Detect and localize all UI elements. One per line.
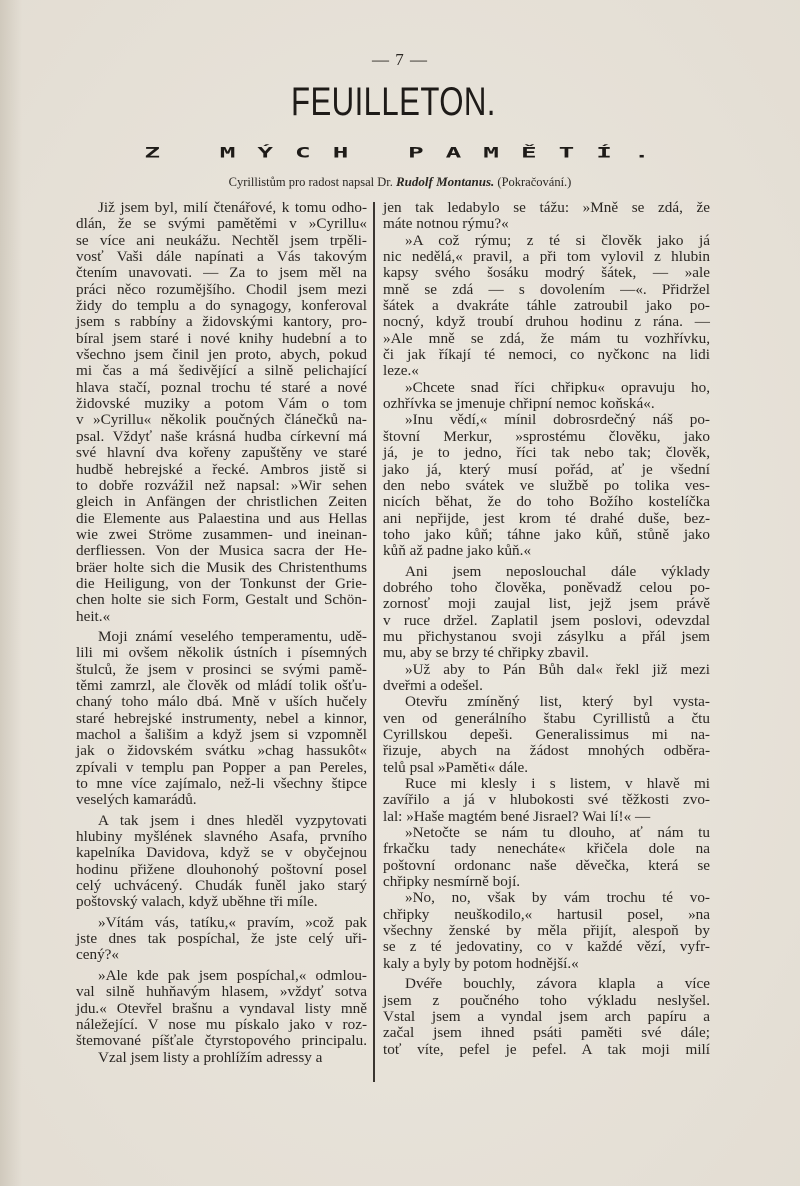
text-line: ozhřívka se jmenuje chřipní nemoc koňská… [383, 396, 710, 412]
text-line: či jak říkají té nemoci, co nyčkonc na l… [383, 347, 710, 363]
text-line: celý uchvácený. Chudák funěl jako starý [76, 878, 367, 894]
text-line: chen holte sie sich Form, Gestalt und Sc… [76, 592, 367, 608]
text-line: heit.« [76, 609, 367, 625]
text-line: chřipky neuškodilo,« hartusil posel, »na [383, 907, 710, 923]
text-line: zornosť moji zaujal list, jejž jsem práv… [383, 596, 710, 612]
text-line: Cyrillskou depeši. Generalissimus mi na- [383, 727, 710, 743]
text-line: die Elemente aus Palaestina und aus Hell… [76, 511, 367, 527]
text-line: těmi zamrzl, ale člověk od mládí tolik o… [76, 678, 367, 694]
text-line: jdu.« Otevřel brašnu a vyndaval listy mn… [76, 1001, 367, 1017]
text-line: Již jsem byl, milí čtenářové, k tomu odh… [76, 200, 367, 216]
text-line: »No, no, však by vám trochu té vo- [383, 890, 710, 906]
text-line: čtením unavovati. — Za to jsem měl na [76, 265, 367, 281]
text-line: vosť Vaši dále napínati a Vás takovým [76, 249, 367, 265]
text-line: »Inu vědí,« mínil dobrosrdečný náš po- [383, 412, 710, 428]
text-line: val silně huhňavým hlasem, »vždyť sotva [76, 984, 367, 1000]
text-line: já, je to jedno, říci tak nebo tak; člov… [383, 445, 710, 461]
page-number: — 7 — [0, 50, 800, 70]
text-line: začal jsem ihned psáti paměti své dále; [383, 1025, 710, 1041]
text-line: jsem z poučného toho výkladu neslyšel. [383, 993, 710, 1009]
byline: Cyrillistům pro radost napsal Dr. Rudolf… [0, 174, 800, 190]
text-line: »Už aby to Pán Bůh dal« řekl již mezi [383, 662, 710, 678]
text-line: šátek a dvakráte táhle zatroubil jako po… [383, 298, 710, 314]
text-line: »Ale mně se zdá, že mám tu vozhřívku, [383, 331, 710, 347]
text-line: Ruce mi klesly i s listem, v hlavě mi [383, 776, 710, 792]
text-line: poštovní ordonanc naše děvečka, která se [383, 858, 710, 874]
byline-suffix: (Pokračování.) [497, 175, 571, 189]
text-line: jen tak ledabylo se tážu: »Mně se zdá, ž… [383, 200, 710, 216]
text-line: dobrého toho člověka, poněvadž celou po- [383, 580, 710, 596]
text-line: se více ani neukážu. Nechtěl jsem trpěli… [76, 233, 367, 249]
text-line: nocný, když troubí druhou hodinu z rána.… [383, 314, 710, 330]
text-line: poštovský valach, když uběhne tři míle. [76, 894, 367, 910]
text-line: dveřmi a odešel. [383, 678, 710, 694]
text-line: hlubiny myšlének slavného Asafa, prvního [76, 829, 367, 845]
text-line: se z té jedovatiny, co v každé vězí, vyf… [383, 939, 710, 955]
text-line: své hlavní dva kořeny zapuštěny ve staré [76, 445, 367, 461]
text-line: »Chcete snad říci chřipku« opravuju ho, [383, 380, 710, 396]
text-line: Dvéře bouchly, závora klapla a více [383, 976, 710, 992]
byline-prefix: Cyrillistům pro radost napsal Dr. [229, 175, 393, 189]
text-line: hlava stačí, poznal trochu té staré a no… [76, 380, 367, 396]
text-line: bräer holte sich die Musik des Christent… [76, 560, 367, 576]
text-line: toť víte, pefel je pefel. A tak moji mil… [383, 1042, 710, 1058]
text-line: »Netočte se nám tu dlouho, ať nám tu [383, 825, 710, 841]
text-line: veselých kamarádů. [76, 792, 367, 808]
text-line: derfliessen. Von der Musica sacra der He… [76, 543, 367, 559]
text-line: to dobře rozvážil než napsal: »Wir sehen [76, 478, 367, 494]
text-line: kaly a byly by potom hodnější.« [383, 956, 710, 972]
text-line: bíral jsem staré i nové knihy hudební a … [76, 331, 367, 347]
text-line: židovské muziky a potom Vám o tom [76, 396, 367, 412]
text-line: jak o židovském svátku »chag hassukôt« [76, 743, 367, 759]
text-line: zpívali v templu pan Popper a pan Perele… [76, 760, 367, 776]
text-line: kapsy svého šosáku modrý šátek, — »ale [383, 265, 710, 281]
text-line: v »Cyrillu« několik poučných článečků na… [76, 412, 367, 428]
text-line: gleich in Anfängen der christlichen Zeit… [76, 494, 367, 510]
right-column: jen tak ledabylo se tážu: »Mně se zdá, ž… [383, 200, 710, 1058]
text-line: Ani jsem neposlouchal dále výklady [383, 564, 710, 580]
text-line: židy do templu a do synagogy, konferoval [76, 298, 367, 314]
text-line: machol a šališim a když jsem si vzpomněl [76, 727, 367, 743]
text-line: ani nepřijde, jest krom té drahé duše, b… [383, 511, 710, 527]
text-line: zavířilo a já v hlubokosti své těžkosti … [383, 792, 710, 808]
text-line: Moji známí veselého temperamentu, udě- [76, 629, 367, 645]
text-line: toho jako kůň; táhne jako kůň, stůně jak… [383, 527, 710, 543]
text-line: Otevřu zmíněný list, který byl vysta- [383, 694, 710, 710]
text-line: mu přichystanou svoji zásylku a přál jse… [383, 629, 710, 645]
text-line: jste dnes tak pospíchal, že jste celý uř… [76, 931, 367, 947]
text-line: všechno jsem činil jen proto, abych, pok… [76, 347, 367, 363]
text-line: dlán, že se svými pamětěmi v »Cyrillu« [76, 216, 367, 232]
text-line: náležející. V nose mu pískalo jako v roz… [76, 1017, 367, 1033]
article-subtitle: Z MÝCH PAMĚTÍ. [0, 145, 800, 162]
text-line: ven od generálního štabu Cyrillistů a čt… [383, 711, 710, 727]
text-line: máte notnou rýmu?« [383, 216, 710, 232]
left-column: Již jsem byl, milí čtenářové, k tomu odh… [76, 200, 367, 1066]
text-line: A tak jsem i dnes hleděl vyzpytovati [76, 813, 367, 829]
text-line: Vstal jsem a vyndal jsem arch papíru a [383, 1009, 710, 1025]
text-line: mi čas a má šedivějící a silně pelichají… [76, 363, 367, 379]
text-line: štemované píšťale čtyrstopového principa… [76, 1033, 367, 1049]
text-line: lal: »Haše magtém bené Jisrael? Wai lí!«… [383, 809, 710, 825]
text-line: jsem s rabbíny a židovskými kantory, pro… [76, 314, 367, 330]
text-line: všechny ženské by měla přijít, alespoň b… [383, 923, 710, 939]
text-line: štulců, že jsem v prosinci se svými pamě… [76, 662, 367, 678]
text-line: Vzal jsem listy a prohlížím adressy a [76, 1050, 367, 1066]
text-line: kůň až padne jako kůň.« [383, 543, 710, 559]
text-line: psal. Vždyť naše krásná hudba církevní m… [76, 429, 367, 445]
text-line: »Vítám vás, tatíku,« pravím, »což pak [76, 915, 367, 931]
text-line: kapelníka Davidova, když se v obyčejnou [76, 845, 367, 861]
text-line: »A což rýmu; z té si člověk jako já [383, 233, 710, 249]
text-line: práci něco rozumějšího. Chodil jsem mezi [76, 282, 367, 298]
text-line: »Ale kde pak jsem pospíchal,« odmlou- [76, 968, 367, 984]
text-line: wie zwei Ströme zusammen- und ineinan- [76, 527, 367, 543]
text-line: den nebo svátek ve službě po tolika ves- [383, 478, 710, 494]
text-line: mu, aby se brzy té chřipky zbavil. [383, 645, 710, 661]
text-line: hudbě hebrejské a řecké. Ambros jistě si [76, 462, 367, 478]
text-line: hodinu přižene dlouhonohý poštovní posel [76, 862, 367, 878]
text-line: staré hebrejské instrumenty, nebel a kin… [76, 711, 367, 727]
text-line: frkačku tady nenecháte« křičela dole na [383, 841, 710, 857]
text-line: chřipky nesmírně bojí. [383, 874, 710, 890]
text-line: řizuje, abych na žádost mnohých odběra- [383, 743, 710, 759]
text-line: cený?« [76, 947, 367, 963]
text-line: nicích běhat, že do toho Božího kostelíč… [383, 494, 710, 510]
text-line: leze.« [383, 363, 710, 379]
text-line: mně se zdá — s dovolením —«. Přidržel [383, 282, 710, 298]
text-line: die Heiligung, von der Tonkunst der Grie… [76, 576, 367, 592]
text-line: jako já, který musí pořád, ať je všední [383, 462, 710, 478]
column-rule [373, 202, 375, 1082]
text-line: nic nedělá,« pravil, a při tom vylovil z… [383, 249, 710, 265]
page-title: FEUILLETON. [89, 80, 697, 125]
text-line: lili mi ovšem několik ústních i písemnýc… [76, 645, 367, 661]
byline-author: Rudolf Montanus. [396, 174, 494, 189]
text-line: telů psal »Paměti« dále. [383, 760, 710, 776]
text-line: chaný toho málo dbá. Mně v uších hučely [76, 694, 367, 710]
text-line: v ruce držel. Zaplatil jsem poslovi, ode… [383, 613, 710, 629]
text-line: štovní Merkur, »sprostému člověku, jako [383, 429, 710, 445]
text-line: to mne více zajímalo, než-li všechny šti… [76, 776, 367, 792]
